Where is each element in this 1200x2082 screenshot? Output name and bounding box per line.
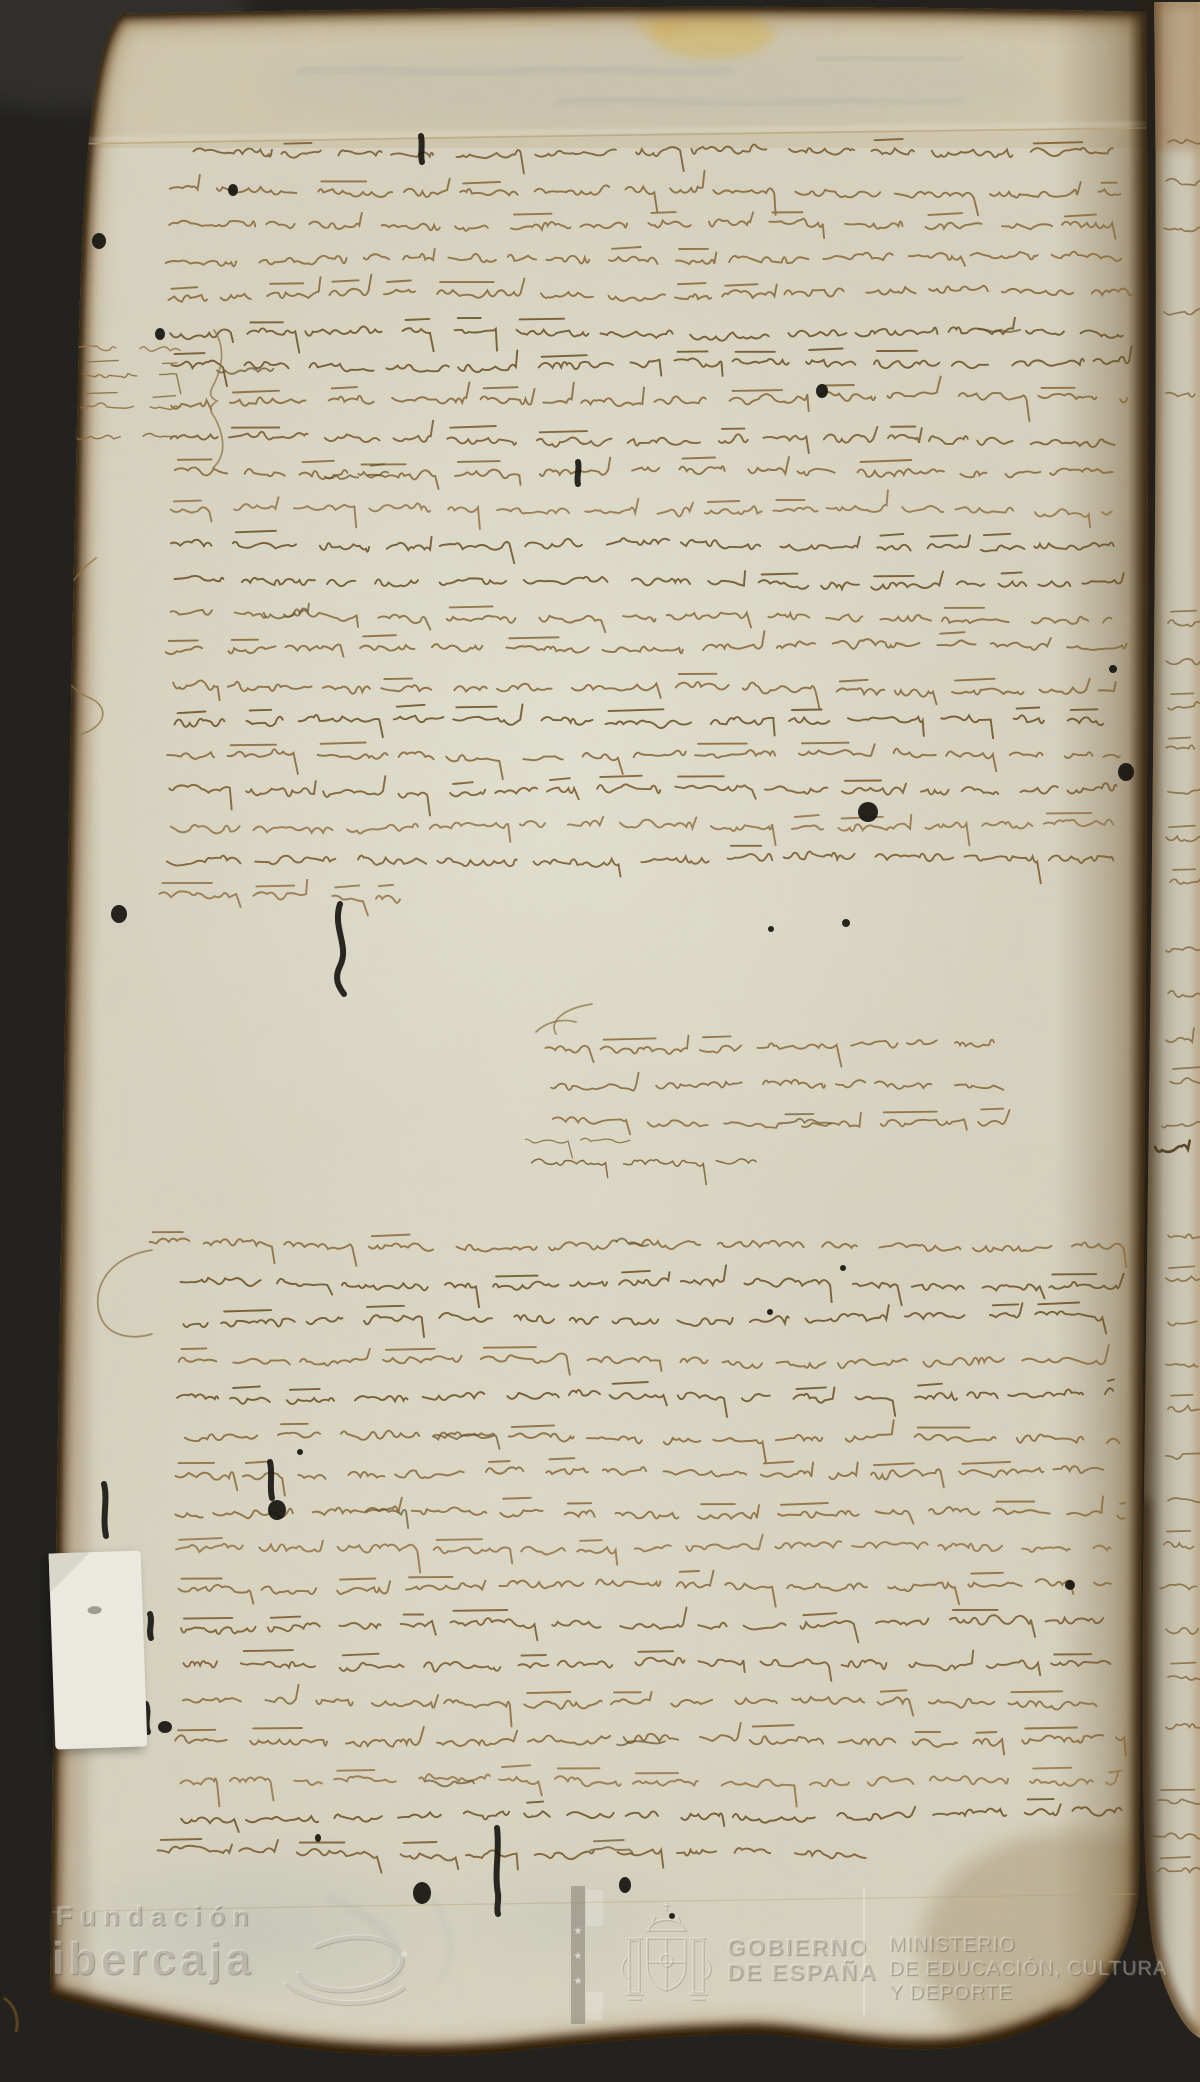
ink-blot [413,1882,431,1904]
ink-blot [315,1834,321,1842]
ink-blot [268,1500,286,1520]
manuscript-page-rendering: ★★★ [0,0,1200,2082]
ink-blot [297,1449,303,1455]
ink-blot [228,184,238,196]
ink-blot [669,1913,675,1919]
ink-blot [155,328,165,340]
ink-blot [816,384,828,398]
star-icon: ★ [574,1951,583,1962]
ink-drip [104,1484,106,1536]
ink-blot [92,233,106,249]
star-icon: ★ [574,1926,583,1937]
ink-drip [577,462,578,484]
ink-blot [842,919,850,927]
ink-drip [421,136,422,162]
ink-drip [270,1462,272,1498]
parchment-tones [20,0,1200,2082]
watermark-divider-line [863,1889,865,2015]
star-icon: ★ [574,1976,583,1987]
ink-blot [840,1265,846,1271]
ink-blot [767,1309,773,1315]
ink-drip [497,1828,499,1914]
paper-repair-patch [45,1550,148,1753]
ink-blot [858,802,878,822]
ink-blot [111,905,127,923]
ink-blot [1109,665,1117,673]
ink-blot [158,1721,172,1733]
ink-drip [150,1614,151,1638]
ink-blot [768,926,774,932]
ink-blot [619,1877,631,1893]
archival-photo: ★★★ Fundación ibercaja GOBIERNO DE ESPAÑ… [0,0,1200,2082]
ink-blot [1065,1580,1075,1590]
page-gap-shadow [1128,0,1164,1958]
